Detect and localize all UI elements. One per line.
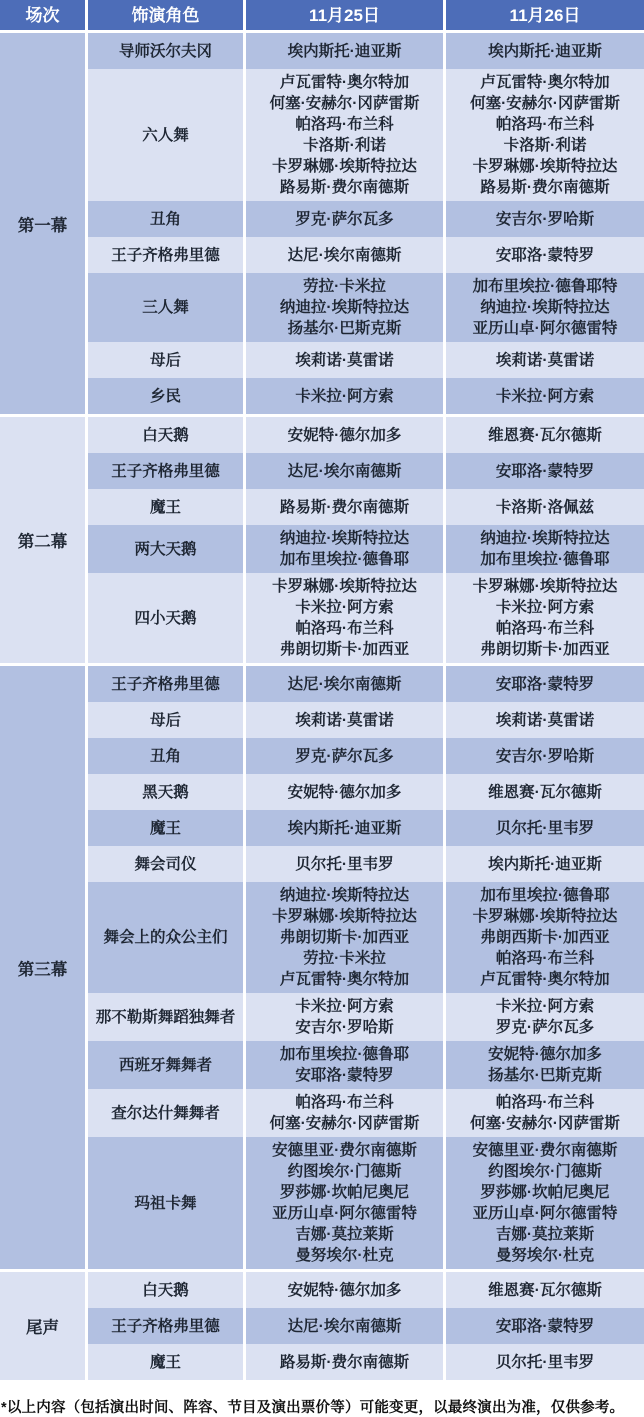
cast-line: 卡罗琳娜·埃斯特拉达	[272, 156, 417, 177]
table-row: 丑角罗克·萨尔瓦多安吉尔·罗哈斯	[88, 738, 644, 774]
cast-cell-nov26: 纳迪拉·埃斯特拉达加布里埃拉·德鲁耶	[446, 525, 644, 573]
cast-line: 罗克·萨尔瓦多	[295, 746, 393, 767]
cast-line: 曼努埃尔·杜克	[295, 1245, 393, 1266]
role-cell: 王子齐格弗里德	[88, 453, 243, 489]
cast-line: 安耶洛·蒙特罗	[496, 1316, 594, 1337]
cast-cell-nov25: 达尼·埃尔南德斯	[246, 1308, 443, 1344]
cast-cell-nov26: 安吉尔·罗哈斯	[446, 201, 644, 237]
cast-line: 加布里埃拉·德鲁耶特	[473, 276, 618, 297]
table-row: 白天鹅安妮特·德尔加多维恩赛·瓦尔德斯	[88, 417, 644, 453]
act-block: 尾声白天鹅安妮特·德尔加多维恩赛·瓦尔德斯王子齐格弗里德达尼·埃尔南德斯安耶洛·…	[0, 1272, 644, 1380]
act-rows: 导师沃尔夫冈埃内斯托·迪亚斯埃内斯托·迪亚斯六人舞卢瓦雷特·奥尔特加何塞·安赫尔…	[88, 33, 644, 414]
cast-line: 达尼·埃尔南德斯	[288, 461, 402, 482]
cast-line: 罗莎娜·坎帕尼奥尼	[280, 1182, 409, 1203]
cast-cell-nov25: 安妮特·德尔加多	[246, 417, 443, 453]
cast-cell-nov25: 路易斯·费尔南德斯	[246, 1344, 443, 1380]
cast-line: 加布里埃拉·德鲁耶	[280, 1044, 409, 1065]
table-row: 六人舞卢瓦雷特·奥尔特加何塞·安赫尔·冈萨雷斯帕洛玛·布兰科卡洛斯·利诺卡罗琳娜…	[88, 69, 644, 201]
cast-line: 维恩赛·瓦尔德斯	[488, 425, 602, 446]
cast-line: 贝尔托·里韦罗	[295, 854, 393, 875]
header-cell-nov26: 11月26日	[446, 0, 644, 30]
cast-cell-nov25: 劳拉·卡米拉纳迪拉·埃斯特拉达扬基尔·巴斯克斯	[246, 273, 443, 342]
table-row: 魔王埃内斯托·迪亚斯贝尔托·里韦罗	[88, 810, 644, 846]
cast-line: 劳拉·卡米拉	[303, 276, 386, 297]
table-row: 西班牙舞舞者加布里埃拉·德鲁耶安耶洛·蒙特罗安妮特·德尔加多扬基尔·巴斯克斯	[88, 1041, 644, 1089]
cast-cell-nov25: 埃莉诺·莫雷诺	[246, 702, 443, 738]
cast-line: 何塞·安赫尔·冈萨雷斯	[470, 93, 620, 114]
cast-line: 安德里亚·费尔南德斯	[473, 1140, 618, 1161]
table-row: 三人舞劳拉·卡米拉纳迪拉·埃斯特拉达扬基尔·巴斯克斯加布里埃拉·德鲁耶特纳迪拉·…	[88, 273, 644, 342]
cast-line: 维恩赛·瓦尔德斯	[488, 782, 602, 803]
cast-line: 埃莉诺·莫雷诺	[496, 710, 594, 731]
cast-line: 安妮特·德尔加多	[488, 1044, 602, 1065]
table-row: 四小天鹅卡罗琳娜·埃斯特拉达卡米拉·阿方索帕洛玛·布兰科弗朗切斯卡·加西亚卡罗琳…	[88, 573, 644, 663]
role-cell: 白天鹅	[88, 1272, 243, 1308]
cast-cell-nov26: 贝尔托·里韦罗	[446, 1344, 644, 1380]
role-cell: 魔王	[88, 810, 243, 846]
cast-schedule-table: 场次 饰演角色 11月25日 11月26日 第一幕导师沃尔夫冈埃内斯托·迪亚斯埃…	[0, 0, 644, 1417]
cast-cell-nov26: 维恩赛·瓦尔德斯	[446, 1272, 644, 1308]
cast-line: 安吉尔·罗哈斯	[295, 1017, 393, 1038]
role-cell: 魔王	[88, 489, 243, 525]
act-rows: 白天鹅安妮特·德尔加多维恩赛·瓦尔德斯王子齐格弗里德达尼·埃尔南德斯安耶洛·蒙特…	[88, 1272, 644, 1380]
act-label: 第三幕	[0, 666, 85, 1269]
cast-cell-nov25: 埃莉诺·莫雷诺	[246, 342, 443, 378]
cast-cell-nov26: 帕洛玛·布兰科何塞·安赫尔·冈萨雷斯	[446, 1089, 644, 1137]
table-row: 乡民卡米拉·阿方索卡米拉·阿方索	[88, 378, 644, 414]
cast-line: 纳迪拉·埃斯特拉达	[280, 297, 409, 318]
cast-line: 安德里亚·费尔南德斯	[272, 1140, 417, 1161]
cast-line: 纳迪拉·埃斯特拉达	[280, 528, 409, 549]
cast-line: 吉娜·莫拉莱斯	[295, 1224, 393, 1245]
cast-line: 吉娜·莫拉莱斯	[496, 1224, 594, 1245]
cast-cell-nov26: 卡米拉·阿方索	[446, 378, 644, 414]
role-cell: 魔王	[88, 1344, 243, 1380]
cast-line: 卡洛斯·利诺	[504, 135, 587, 156]
cast-line: 路易斯·费尔南德斯	[480, 177, 609, 198]
role-cell: 舞会上的众公主们	[88, 882, 243, 993]
cast-cell-nov26: 加布里埃拉·德鲁耶卡罗琳娜·埃斯特拉达弗朗西斯卡·加西亚帕洛玛·布兰科卢瓦雷特·…	[446, 882, 644, 993]
cast-cell-nov25: 卢瓦雷特·奥尔特加何塞·安赫尔·冈萨雷斯帕洛玛·布兰科卡洛斯·利诺卡罗琳娜·埃斯…	[246, 69, 443, 201]
cast-line: 帕洛玛·布兰科	[496, 618, 594, 639]
cast-line: 埃内斯托·迪亚斯	[288, 41, 402, 62]
role-cell: 王子齐格弗里德	[88, 666, 243, 702]
cast-line: 卢瓦雷特·奥尔特加	[280, 72, 409, 93]
table-row: 王子齐格弗里德达尼·埃尔南德斯安耶洛·蒙特罗	[88, 453, 644, 489]
cast-line: 安妮特·德尔加多	[288, 782, 402, 803]
cast-cell-nov26: 安耶洛·蒙特罗	[446, 453, 644, 489]
cast-cell-nov26: 安耶洛·蒙特罗	[446, 666, 644, 702]
cast-line: 卢瓦雷特·奥尔特加	[480, 72, 609, 93]
table-row: 丑角罗克·萨尔瓦多安吉尔·罗哈斯	[88, 201, 644, 237]
cast-line: 卡洛斯·利诺	[303, 135, 386, 156]
act-rows: 白天鹅安妮特·德尔加多维恩赛·瓦尔德斯王子齐格弗里德达尼·埃尔南德斯安耶洛·蒙特…	[88, 417, 644, 663]
cast-line: 贝尔托·里韦罗	[496, 818, 594, 839]
cast-cell-nov26: 安德里亚·费尔南德斯约图埃尔·门德斯罗莎娜·坎帕尼奥尼亚历山卓·阿尔德雷特吉娜·…	[446, 1137, 644, 1269]
role-cell: 白天鹅	[88, 417, 243, 453]
role-cell: 乡民	[88, 378, 243, 414]
cast-line: 帕洛玛·布兰科	[295, 1092, 393, 1113]
role-cell: 那不勒斯舞蹈独舞者	[88, 993, 243, 1041]
cast-line: 纳迪拉·埃斯特拉达	[280, 885, 409, 906]
table-row: 黑天鹅安妮特·德尔加多维恩赛·瓦尔德斯	[88, 774, 644, 810]
cast-line: 罗莎娜·坎帕尼奥尼	[480, 1182, 609, 1203]
cast-line: 达尼·埃尔南德斯	[288, 245, 402, 266]
role-cell: 导师沃尔夫冈	[88, 33, 243, 69]
cast-line: 卢瓦雷特·奥尔特加	[280, 969, 409, 990]
act-rows: 王子齐格弗里德达尼·埃尔南德斯安耶洛·蒙特罗母后埃莉诺·莫雷诺埃莉诺·莫雷诺丑角…	[88, 666, 644, 1269]
header-cell-scene: 场次	[0, 0, 85, 30]
cast-cell-nov26: 安妮特·德尔加多扬基尔·巴斯克斯	[446, 1041, 644, 1089]
cast-cell-nov26: 加布里埃拉·德鲁耶特纳迪拉·埃斯特拉达亚历山卓·阿尔德雷特	[446, 273, 644, 342]
act-block: 第一幕导师沃尔夫冈埃内斯托·迪亚斯埃内斯托·迪亚斯六人舞卢瓦雷特·奥尔特加何塞·…	[0, 33, 644, 414]
cast-line: 埃莉诺·莫雷诺	[295, 350, 393, 371]
cast-line: 安耶洛·蒙特罗	[295, 1065, 393, 1086]
cast-cell-nov26: 卢瓦雷特·奥尔特加何塞·安赫尔·冈萨雷斯帕洛玛·布兰科卡洛斯·利诺卡罗琳娜·埃斯…	[446, 69, 644, 201]
role-cell: 王子齐格弗里德	[88, 237, 243, 273]
cast-line: 何塞·安赫尔·冈萨雷斯	[270, 93, 420, 114]
cast-cell-nov25: 安妮特·德尔加多	[246, 774, 443, 810]
cast-line: 何塞·安赫尔·冈萨雷斯	[270, 1113, 420, 1134]
cast-line: 安吉尔·罗哈斯	[496, 209, 594, 230]
cast-line: 扬基尔·巴斯克斯	[488, 1065, 602, 1086]
cast-cell-nov25: 卡米拉·阿方索	[246, 378, 443, 414]
cast-line: 路易斯·费尔南德斯	[280, 497, 409, 518]
cast-line: 罗克·萨尔瓦多	[295, 209, 393, 230]
table-row: 魔王路易斯·费尔南德斯贝尔托·里韦罗	[88, 1344, 644, 1380]
cast-line: 帕洛玛·布兰科	[496, 948, 594, 969]
table-header-row: 场次 饰演角色 11月25日 11月26日	[0, 0, 644, 30]
cast-line: 卡米拉·阿方索	[295, 996, 393, 1017]
cast-line: 纳迪拉·埃斯特拉达	[480, 297, 609, 318]
table-row: 两大天鹅纳迪拉·埃斯特拉达加布里埃拉·德鲁耶纳迪拉·埃斯特拉达加布里埃拉·德鲁耶	[88, 525, 644, 573]
cast-line: 安耶洛·蒙特罗	[496, 245, 594, 266]
table-row: 母后埃莉诺·莫雷诺埃莉诺·莫雷诺	[88, 702, 644, 738]
cast-cell-nov26: 贝尔托·里韦罗	[446, 810, 644, 846]
header-cell-nov25: 11月25日	[246, 0, 443, 30]
cast-cell-nov26: 维恩赛·瓦尔德斯	[446, 774, 644, 810]
role-cell: 丑角	[88, 201, 243, 237]
table-row: 王子齐格弗里德达尼·埃尔南德斯安耶洛·蒙特罗	[88, 237, 644, 273]
cast-cell-nov26: 安吉尔·罗哈斯	[446, 738, 644, 774]
cast-line: 贝尔托·里韦罗	[496, 1352, 594, 1373]
cast-line: 卡罗琳娜·埃斯特拉达	[272, 906, 417, 927]
cast-line: 劳拉·卡米拉	[303, 948, 386, 969]
cast-line: 亚历山卓·阿尔德雷特	[473, 1203, 618, 1224]
cast-cell-nov25: 纳迪拉·埃斯特拉达卡罗琳娜·埃斯特拉达弗朗切斯卡·加西亚劳拉·卡米拉卢瓦雷特·奥…	[246, 882, 443, 993]
cast-cell-nov25: 路易斯·费尔南德斯	[246, 489, 443, 525]
cast-line: 维恩赛·瓦尔德斯	[488, 1280, 602, 1301]
cast-line: 曼努埃尔·杜克	[496, 1245, 594, 1266]
role-cell: 王子齐格弗里德	[88, 1308, 243, 1344]
cast-line: 帕洛玛·布兰科	[295, 618, 393, 639]
cast-line: 卢瓦雷特·奥尔特加	[480, 969, 609, 990]
cast-line: 卡米拉·阿方索	[496, 386, 594, 407]
table-row: 王子齐格弗里德达尼·埃尔南德斯安耶洛·蒙特罗	[88, 666, 644, 702]
table-row: 白天鹅安妮特·德尔加多维恩赛·瓦尔德斯	[88, 1272, 644, 1308]
act-label: 第一幕	[0, 33, 85, 414]
table-row: 导师沃尔夫冈埃内斯托·迪亚斯埃内斯托·迪亚斯	[88, 33, 644, 69]
cast-line: 卡米拉·阿方索	[496, 597, 594, 618]
cast-line: 加布里埃拉·德鲁耶	[480, 549, 609, 570]
role-cell: 母后	[88, 342, 243, 378]
role-cell: 丑角	[88, 738, 243, 774]
act-label: 尾声	[0, 1272, 85, 1380]
cast-line: 路易斯·费尔南德斯	[280, 177, 409, 198]
cast-line: 埃内斯托·迪亚斯	[488, 854, 602, 875]
cast-cell-nov25: 埃内斯托·迪亚斯	[246, 33, 443, 69]
cast-cell-nov25: 埃内斯托·迪亚斯	[246, 810, 443, 846]
cast-cell-nov25: 安德里亚·费尔南德斯约图埃尔·门德斯罗莎娜·坎帕尼奥尼亚历山卓·阿尔德雷特吉娜·…	[246, 1137, 443, 1269]
act-block: 第三幕王子齐格弗里德达尼·埃尔南德斯安耶洛·蒙特罗母后埃莉诺·莫雷诺埃莉诺·莫雷…	[0, 666, 644, 1269]
table-row: 王子齐格弗里德达尼·埃尔南德斯安耶洛·蒙特罗	[88, 1308, 644, 1344]
cast-line: 约图埃尔·门德斯	[488, 1161, 602, 1182]
cast-line: 埃莉诺·莫雷诺	[496, 350, 594, 371]
cast-cell-nov26: 卡米拉·阿方索罗克·萨尔瓦多	[446, 993, 644, 1041]
header-cell-role: 饰演角色	[88, 0, 243, 30]
cast-line: 帕洛玛·布兰科	[295, 114, 393, 135]
cast-line: 扬基尔·巴斯克斯	[288, 318, 402, 339]
role-cell: 三人舞	[88, 273, 243, 342]
table-row: 那不勒斯舞蹈独舞者卡米拉·阿方索安吉尔·罗哈斯卡米拉·阿方索罗克·萨尔瓦多	[88, 993, 644, 1041]
cast-line: 弗朗切斯卡·加西亚	[480, 639, 609, 660]
role-cell: 查尔达什舞舞者	[88, 1089, 243, 1137]
cast-line: 安妮特·德尔加多	[288, 1280, 402, 1301]
cast-cell-nov26: 埃内斯托·迪亚斯	[446, 33, 644, 69]
cast-cell-nov26: 安耶洛·蒙特罗	[446, 1308, 644, 1344]
cast-line: 安吉尔·罗哈斯	[496, 746, 594, 767]
cast-line: 亚历山卓·阿尔德雷特	[272, 1203, 417, 1224]
cast-line: 帕洛玛·布兰科	[496, 1092, 594, 1113]
cast-line: 约图埃尔·门德斯	[288, 1161, 402, 1182]
cast-line: 卡米拉·阿方索	[496, 996, 594, 1017]
cast-line: 卡罗琳娜·埃斯特拉达	[473, 576, 618, 597]
cast-line: 弗朗切斯卡·加西亚	[280, 927, 409, 948]
role-cell: 黑天鹅	[88, 774, 243, 810]
table-row: 魔王路易斯·费尔南德斯卡洛斯·洛佩兹	[88, 489, 644, 525]
cast-cell-nov25: 卡罗琳娜·埃斯特拉达卡米拉·阿方索帕洛玛·布兰科弗朗切斯卡·加西亚	[246, 573, 443, 663]
table-body: 第一幕导师沃尔夫冈埃内斯托·迪亚斯埃内斯托·迪亚斯六人舞卢瓦雷特·奥尔特加何塞·…	[0, 33, 644, 1380]
cast-cell-nov25: 卡米拉·阿方索安吉尔·罗哈斯	[246, 993, 443, 1041]
cast-cell-nov26: 安耶洛·蒙特罗	[446, 237, 644, 273]
cast-line: 卡罗琳娜·埃斯特拉达	[272, 576, 417, 597]
cast-line: 达尼·埃尔南德斯	[288, 1316, 402, 1337]
role-cell: 两大天鹅	[88, 525, 243, 573]
cast-cell-nov25: 达尼·埃尔南德斯	[246, 666, 443, 702]
role-cell: 西班牙舞舞者	[88, 1041, 243, 1089]
cast-line: 卡罗琳娜·埃斯特拉达	[473, 156, 618, 177]
cast-cell-nov26: 埃内斯托·迪亚斯	[446, 846, 644, 882]
cast-line: 加布里埃拉·德鲁耶	[480, 885, 609, 906]
act-label: 第二幕	[0, 417, 85, 663]
cast-line: 安妮特·德尔加多	[288, 425, 402, 446]
cast-line: 罗克·萨尔瓦多	[496, 1017, 594, 1038]
cast-cell-nov25: 达尼·埃尔南德斯	[246, 453, 443, 489]
role-cell: 六人舞	[88, 69, 243, 201]
cast-line: 埃内斯托·迪亚斯	[288, 818, 402, 839]
footnote: *以上内容（包括演出时间、阵容、节目及演出票价等）可能变更，以最终演出为准，仅供…	[0, 1396, 644, 1417]
cast-cell-nov26: 埃莉诺·莫雷诺	[446, 702, 644, 738]
cast-line: 埃莉诺·莫雷诺	[295, 710, 393, 731]
cast-line: 安耶洛·蒙特罗	[496, 674, 594, 695]
cast-line: 路易斯·费尔南德斯	[280, 1352, 409, 1373]
role-cell: 玛祖卡舞	[88, 1137, 243, 1269]
cast-cell-nov25: 加布里埃拉·德鲁耶安耶洛·蒙特罗	[246, 1041, 443, 1089]
cast-line: 亚历山卓·阿尔德雷特	[473, 318, 618, 339]
cast-cell-nov25: 罗克·萨尔瓦多	[246, 738, 443, 774]
cast-cell-nov26: 维恩赛·瓦尔德斯	[446, 417, 644, 453]
cast-line: 加布里埃拉·德鲁耶	[280, 549, 409, 570]
cast-line: 卡米拉·阿方索	[295, 386, 393, 407]
cast-line: 卡罗琳娜·埃斯特拉达	[473, 906, 618, 927]
table-row: 舞会上的众公主们纳迪拉·埃斯特拉达卡罗琳娜·埃斯特拉达弗朗切斯卡·加西亚劳拉·卡…	[88, 882, 644, 993]
role-cell: 四小天鹅	[88, 573, 243, 663]
table-row: 舞会司仪贝尔托·里韦罗埃内斯托·迪亚斯	[88, 846, 644, 882]
table-row: 母后埃莉诺·莫雷诺埃莉诺·莫雷诺	[88, 342, 644, 378]
cast-line: 弗朗切斯卡·加西亚	[280, 639, 409, 660]
cast-cell-nov25: 安妮特·德尔加多	[246, 1272, 443, 1308]
cast-line: 安耶洛·蒙特罗	[496, 461, 594, 482]
cast-cell-nov25: 帕洛玛·布兰科何塞·安赫尔·冈萨雷斯	[246, 1089, 443, 1137]
cast-line: 埃内斯托·迪亚斯	[488, 41, 602, 62]
cast-cell-nov26: 卡罗琳娜·埃斯特拉达卡米拉·阿方索帕洛玛·布兰科弗朗切斯卡·加西亚	[446, 573, 644, 663]
table-row: 玛祖卡舞安德里亚·费尔南德斯约图埃尔·门德斯罗莎娜·坎帕尼奥尼亚历山卓·阿尔德雷…	[88, 1137, 644, 1269]
role-cell: 母后	[88, 702, 243, 738]
cast-line: 达尼·埃尔南德斯	[288, 674, 402, 695]
cast-line: 何塞·安赫尔·冈萨雷斯	[470, 1113, 620, 1134]
table-row: 查尔达什舞舞者帕洛玛·布兰科何塞·安赫尔·冈萨雷斯帕洛玛·布兰科何塞·安赫尔·冈…	[88, 1089, 644, 1137]
cast-line: 帕洛玛·布兰科	[496, 114, 594, 135]
cast-line: 纳迪拉·埃斯特拉达	[480, 528, 609, 549]
cast-line: 弗朗西斯卡·加西亚	[480, 927, 609, 948]
cast-cell-nov25: 达尼·埃尔南德斯	[246, 237, 443, 273]
cast-cell-nov25: 贝尔托·里韦罗	[246, 846, 443, 882]
cast-cell-nov25: 罗克·萨尔瓦多	[246, 201, 443, 237]
cast-cell-nov26: 埃莉诺·莫雷诺	[446, 342, 644, 378]
cast-cell-nov25: 纳迪拉·埃斯特拉达加布里埃拉·德鲁耶	[246, 525, 443, 573]
cast-line: 卡洛斯·洛佩兹	[496, 497, 594, 518]
role-cell: 舞会司仪	[88, 846, 243, 882]
cast-cell-nov26: 卡洛斯·洛佩兹	[446, 489, 644, 525]
act-block: 第二幕白天鹅安妮特·德尔加多维恩赛·瓦尔德斯王子齐格弗里德达尼·埃尔南德斯安耶洛…	[0, 417, 644, 663]
cast-line: 卡米拉·阿方索	[295, 597, 393, 618]
